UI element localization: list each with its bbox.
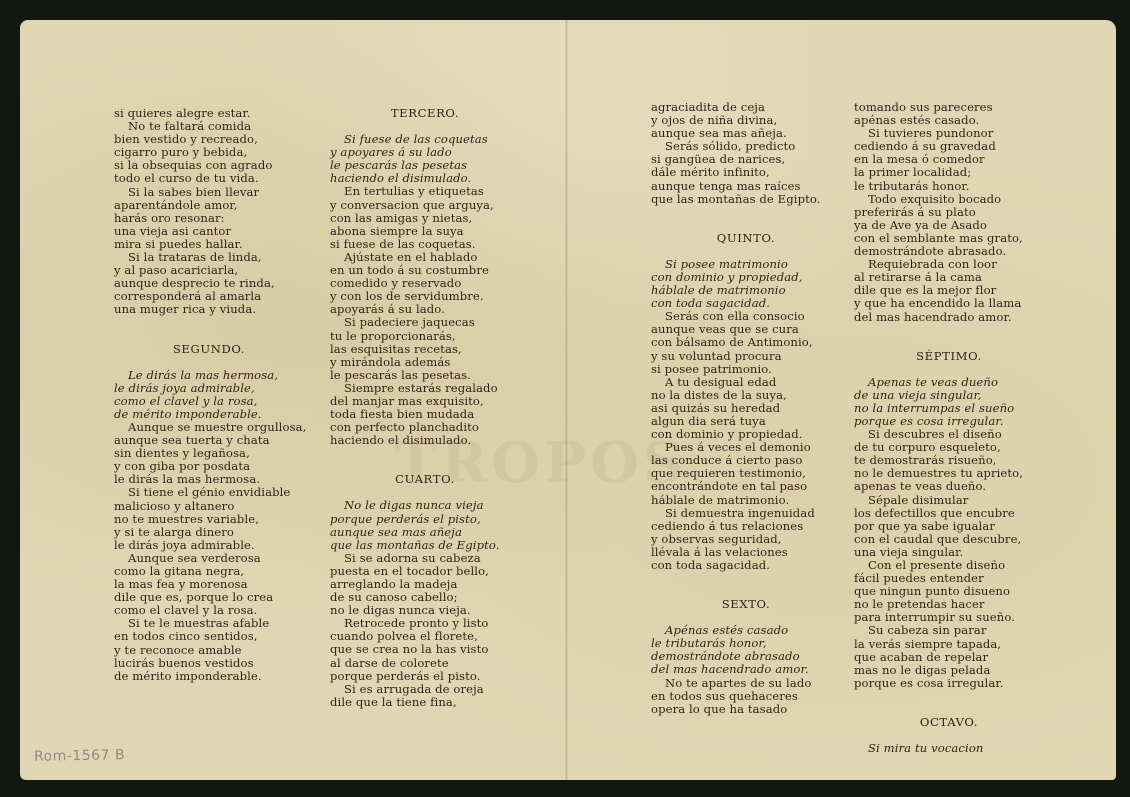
verse-line: con el caudal que descubre, — [854, 533, 1044, 546]
verse-line: y te reconoce amable — [114, 644, 304, 657]
verse-line: Si padeciere jaquecas — [330, 316, 520, 329]
verse-line: Si la sabes bien llevar — [114, 186, 304, 199]
verse-line: opera lo que ha tasado — [651, 703, 841, 716]
column-3: agraciadita de cejay ojos de niña divina… — [651, 101, 841, 716]
verse-line: al darse de colorete — [330, 657, 520, 670]
verse-line: le dirás joya admirable, — [114, 382, 304, 395]
verse-line: A tu desigual edad — [651, 376, 841, 389]
verse-line: y que ha encendido la llama — [854, 297, 1044, 310]
verse-line: en todos cinco sentidos, — [114, 630, 304, 643]
section-spacer — [330, 447, 520, 473]
verse-line: con las amigas y nietas, — [330, 212, 520, 225]
verse-line: porque es cosa irregular. — [854, 677, 1044, 690]
verse-line: los defectillos que encubre — [854, 507, 1044, 520]
column-4: tomando sus pareceresapénas estés casado… — [854, 101, 1044, 755]
verse-line: de una vieja singular, — [854, 389, 1044, 402]
verse-line: porque perderás el pisto, — [330, 513, 520, 526]
verse-line: le pescarás las pesetas. — [330, 369, 520, 382]
archive-stamp: Rom-1567 B — [34, 747, 125, 765]
verse-line: y si te alarga dinero — [114, 526, 304, 539]
section-spacer — [651, 206, 841, 232]
section-spacer — [114, 356, 304, 369]
verse-line: del mas hacendrado amor. — [651, 663, 841, 676]
verse-line: dile que la tiene fina, — [330, 696, 520, 709]
verse-line: no la interrumpas el sueño — [854, 402, 1044, 415]
verse-line: una muger rica y viuda. — [114, 303, 304, 316]
verse-line: asi quizás su heredad — [651, 402, 841, 415]
verse-line: Si tiene el génio envidiable — [114, 486, 304, 499]
verse-line: no la distes de la suya, — [651, 389, 841, 402]
verse-line: Siempre estarás regalado — [330, 382, 520, 395]
verse-line: Si demuestra ingenuidad — [651, 507, 841, 520]
verse-line: todo el curso de tu vida. — [114, 172, 304, 185]
verse-line: no te muestres variable, — [114, 513, 304, 526]
verse-line: por que ya sabe igualar — [854, 520, 1044, 533]
section-spacer — [854, 690, 1044, 716]
verse-line: harás oro resonar: — [114, 212, 304, 225]
section-heading: OCTAVO. — [854, 716, 1044, 729]
verse-line: del mas hacendrado amor. — [854, 311, 1044, 324]
verse-line: en todos sus quehaceres — [651, 690, 841, 703]
verse-line: cediendo á tus relaciones — [651, 520, 841, 533]
verse-line: Si es arrugada de oreja — [330, 683, 520, 696]
verse-line: háblale de matrimonio. — [651, 494, 841, 507]
verse-line: que se crea no la has visto — [330, 643, 520, 656]
verse-line: Apenas te veas dueño — [854, 376, 1044, 389]
column-1: si quieres alegre estar.No te faltará co… — [114, 107, 304, 683]
verse-line: abona siempre la suya — [330, 225, 520, 238]
verse-line: Su cabeza sin parar — [854, 624, 1044, 637]
section-heading: CUARTO. — [330, 473, 520, 486]
verse-line: le dirás joya admirable. — [114, 539, 304, 552]
verse-line: No te apartes de su lado — [651, 677, 841, 690]
verse-line: haciendo el disimulado. — [330, 434, 520, 447]
verse-line: si fuese de las coquetas. — [330, 238, 520, 251]
verse-line: Si posee matrimonio — [651, 258, 841, 271]
verse-line: Si mira tu vocacion — [854, 742, 1044, 755]
verse-line: Todo exquisito bocado — [854, 193, 1044, 206]
section-heading: SEXTO. — [651, 598, 841, 611]
section-spacer — [114, 317, 304, 343]
column-2: TERCERO.Si fuese de las coquetasy apoyar… — [330, 107, 520, 709]
verse-line: En tertulias y etiquetas — [330, 185, 520, 198]
section-spacer — [651, 245, 841, 258]
section-spacer — [854, 363, 1044, 376]
verse-line: ya de Ave ya de Asado — [854, 219, 1044, 232]
verse-line: con toda sagacidad. — [651, 559, 841, 572]
verse-line: apenas te veas dueño. — [854, 480, 1044, 493]
verse-line: la primer localidad; — [854, 166, 1044, 179]
verse-line: de mérito imponderable. — [114, 670, 304, 683]
verse-line: Sépale disimular — [854, 494, 1044, 507]
verse-line: dále mérito infinito, — [651, 166, 841, 179]
verse-line: mas no le digas pelada — [854, 664, 1044, 677]
center-fold — [565, 20, 568, 780]
verse-line: que las montañas de Egipto. — [330, 539, 520, 552]
verse-line: y su voluntad procura — [651, 350, 841, 363]
verse-line: malicioso y altanero — [114, 500, 304, 513]
verse-line: que las montañas de Egipto. — [651, 193, 841, 206]
verse-line: aunque sea mas añeja — [330, 526, 520, 539]
verse-line: y conversacion que arguya, — [330, 199, 520, 212]
verse-line: lucirás buenos vestidos — [114, 657, 304, 670]
verse-line: de mérito imponderable. — [114, 408, 304, 421]
section-heading: TERCERO. — [330, 107, 520, 120]
verse-line: le tributarás honor. — [854, 180, 1044, 193]
verse-line: como el clavel y la rosa, — [114, 395, 304, 408]
verse-line: las esquisitas recetas, — [330, 343, 520, 356]
verse-line: con bálsamo de Antimonio, — [651, 336, 841, 349]
verse-line: encontrándote en tal paso — [651, 480, 841, 493]
verse-line: aparentándole amor, — [114, 199, 304, 212]
verse-line: y observas seguridad, — [651, 533, 841, 546]
verse-line: No le digas nunca vieja — [330, 499, 520, 512]
verse-line: preferirás á su plato — [854, 206, 1044, 219]
verse-line: si posee patrimonio. — [651, 363, 841, 376]
section-heading: SEGUNDO. — [114, 343, 304, 356]
section-spacer — [651, 572, 841, 598]
verse-line: tu le proporcionarás, — [330, 330, 520, 343]
scanned-page: TROPOS si quieres alegre estar.No te fal… — [0, 0, 1130, 797]
verse-line: la verás siempre tapada, — [854, 638, 1044, 651]
verse-line: que acaban de repelar — [854, 651, 1044, 664]
verse-line: una vieja asi cantor — [114, 225, 304, 238]
verse-line: Le dirás la mas hermosa, — [114, 369, 304, 382]
verse-line: porque perderás el pisto. — [330, 670, 520, 683]
section-heading: SÉPTIMO. — [854, 350, 1044, 363]
verse-line: y mirándola además — [330, 356, 520, 369]
section-spacer — [854, 324, 1044, 350]
verse-line: Si se adorna su cabeza — [330, 552, 520, 565]
verse-line: aunque tenga mas raíces — [651, 180, 841, 193]
section-heading: QUINTO. — [651, 232, 841, 245]
